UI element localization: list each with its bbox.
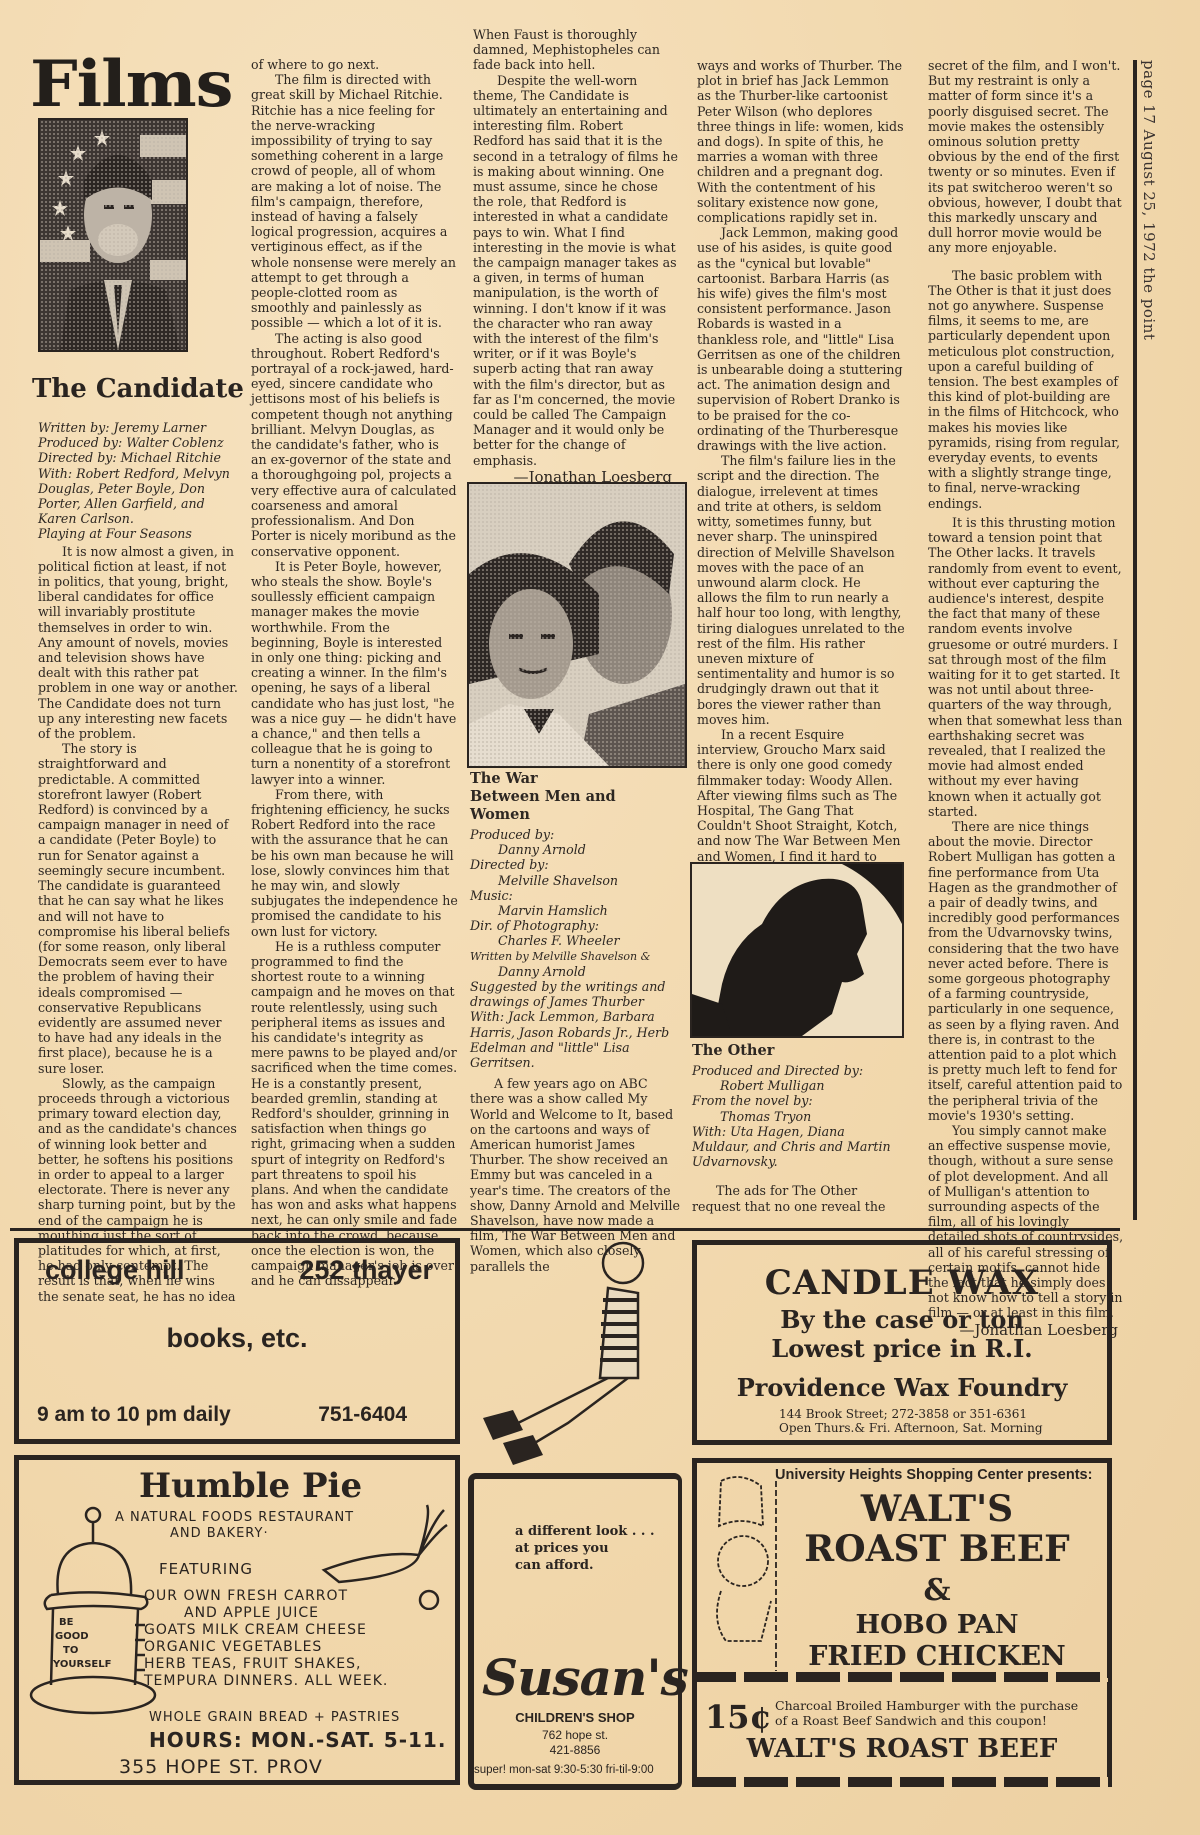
credit-line: With: Uta Hagen, Diana Muldaur, and Chri…: [692, 1124, 904, 1170]
company-name: Providence Wax Foundry: [697, 1373, 1107, 1402]
credit-line: Playing at Four Seasons: [38, 526, 238, 541]
menu-item: HERB TEAS, FRUIT SHAKES,: [144, 1656, 388, 1673]
description-line: AND BAKERY·: [115, 1526, 354, 1542]
paragraph: From there, with frightening efficiency,…: [251, 787, 458, 939]
credit-line: Written by: Jeremy Larner: [38, 420, 238, 435]
susans-logo: Susan's: [482, 1648, 688, 1707]
title-line: The War: [470, 770, 680, 788]
credit-value: Marvin Hamslich: [470, 903, 680, 918]
jar-label: GOOD: [55, 1631, 89, 1642]
walts-ad: University Heights Shopping Center prese…: [692, 1458, 1112, 1678]
paragraph: It is this thrusting motion toward a ten…: [928, 515, 1124, 819]
paragraph: The acting is also good throughout. Robe…: [251, 331, 458, 559]
paragraph: The film is directed with great skill by…: [251, 72, 458, 330]
humble-pie-ad: Humble Pie BE GOOD TO YOURSELF A NATURAL…: [14, 1455, 460, 1785]
paragraph: The story is straightforward and predict…: [38, 741, 238, 1075]
paragraph: Jack Lemmon, making good use of his asid…: [697, 225, 905, 453]
menu-item: OUR OWN FRESH CARROT: [144, 1588, 388, 1605]
store-name: college hill: [45, 1255, 185, 1286]
menu-items: OUR OWN FRESH CARROT AND APPLE JUICE GOA…: [144, 1588, 388, 1690]
restaurant-address: 355 HOPE ST. PROV: [119, 1756, 323, 1778]
menu-item: ORGANIC VEGETABLES: [144, 1639, 388, 1656]
credit-value: Melville Shavelson: [470, 873, 680, 888]
walts-name-line: WALT'S: [767, 1489, 1107, 1529]
walts-presenter: University Heights Shopping Center prese…: [775, 1467, 1092, 1483]
column-4: ways and works of Thurber. The plot in b…: [697, 58, 905, 897]
title-line: Between Men and Women: [470, 788, 680, 824]
ad-headline: CANDLE WAX: [697, 1263, 1107, 1303]
susans-tagline: a different look . . . at prices you can…: [515, 1523, 654, 1574]
tagline-line: can afford.: [515, 1557, 654, 1574]
susans-ad: a different look . . . at prices you can…: [468, 1238, 682, 1790]
coupon-dashed-border: [692, 1777, 1112, 1787]
company-contact: 144 Brook Street; 272-3858 or 351-6361: [779, 1407, 1027, 1421]
other-review-title: The Other: [692, 1042, 904, 1060]
page-folio: page 17 August 25, 1972 the point: [1140, 60, 1158, 340]
bookstore-ad: college hill 252 thayer books, etc. 9 am…: [14, 1238, 460, 1444]
paragraph: Despite the well-worn theme, The Candida…: [473, 73, 678, 468]
coupon-store-name: WALT'S ROAST BEEF: [697, 1734, 1107, 1764]
credit-label: Written by Melville Shavelson &: [470, 949, 680, 964]
menu-item: GOATS MILK CREAM CHEESE: [144, 1622, 388, 1639]
section-title: Films: [30, 50, 232, 120]
war-review-title: The War Between Men and Women: [470, 770, 680, 824]
paragraph: There are nice things about the movie. D…: [928, 819, 1124, 1123]
ad-line: By the case or ton: [697, 1305, 1107, 1334]
paragraph: When Faust is thoroughly damned, Mephist…: [473, 27, 678, 73]
paragraph: The ads for The Other request that no on…: [692, 1183, 904, 1213]
candidate-review-title: The Candidate: [32, 374, 244, 404]
susans-phone: 421-8856: [468, 1743, 682, 1757]
column-3: When Faust is thoroughly damned, Mephist…: [473, 27, 678, 486]
ad-line: Lowest price in R.I.: [697, 1334, 1107, 1363]
store-tagline: books, etc.: [19, 1323, 455, 1354]
coupon-dashed-border: [692, 1672, 1112, 1682]
column-1: Written by: Jeremy Larner Produced by: W…: [38, 420, 238, 1304]
credit-value: Danny Arnold: [470, 842, 680, 857]
credit-value: Danny Arnold: [470, 964, 680, 979]
war-credits: Produced by: Danny Arnold Directed by: M…: [470, 827, 680, 1070]
susans-address: 762 hope st.: [468, 1728, 682, 1742]
credit-line: With: Jack Lemmon, Barbara Harris, Jason…: [470, 1009, 680, 1070]
store-hours: 9 am to 10 pm daily: [37, 1403, 231, 1427]
war-between-men-and-women-photo: [467, 482, 687, 768]
paragraph: He is a ruthless computer programmed to …: [251, 939, 458, 1289]
credit-label: From the novel by:: [692, 1093, 904, 1108]
walts-name: WALT'S ROAST BEEF: [767, 1489, 1107, 1569]
column-3-war: The War Between Men and Women Produced b…: [470, 770, 680, 1274]
credit-label: Music:: [470, 888, 680, 903]
description-line: A NATURAL FOODS RESTAURANT: [115, 1510, 354, 1526]
vertical-rule: [1133, 60, 1137, 1220]
store-address: 252 thayer: [299, 1255, 433, 1286]
featuring-label: FEATURING: [159, 1560, 253, 1578]
silhouette-icon: [692, 864, 902, 1036]
credit-value: Thomas Tryon: [692, 1109, 904, 1124]
paragraph: It is Peter Boyle, however, who steals t…: [251, 559, 458, 787]
paragraph: The basic problem with The Other is that…: [928, 268, 1124, 511]
credit-label: Produced and Directed by:: [692, 1063, 904, 1078]
credit-line: Suggested by the writings and drawings o…: [470, 979, 680, 1009]
other-credits: Produced and Directed by: Robert Mulliga…: [692, 1063, 904, 1169]
menu-item: AND APPLE JUICE: [144, 1605, 388, 1622]
credit-line: Produced by: Walter Coblenz: [38, 435, 238, 450]
store-phone: 751-6404: [318, 1403, 407, 1427]
column-4-other: The Other Produced and Directed by: Robe…: [692, 1042, 904, 1214]
jar-label: TO: [63, 1645, 78, 1656]
jar-label: BE: [59, 1617, 74, 1628]
menu-item: TEMPURA DINNERS. ALL WEEK.: [144, 1673, 388, 1690]
the-other-photo: [690, 862, 904, 1038]
walts-coupon[interactable]: 15¢ Charcoal Broiled Hamburger with the …: [692, 1682, 1112, 1777]
coupon-text-line: of a Roast Beef Sandwich and this coupon…: [775, 1713, 1078, 1728]
credit-label: Produced by:: [470, 827, 680, 842]
candle-wax-ad: CANDLE WAX By the case or ton Lowest pri…: [692, 1240, 1112, 1445]
coupon-price: 15¢: [705, 1698, 772, 1736]
candidate-photo: [38, 118, 188, 352]
paragraph: of where to go next.: [251, 57, 458, 72]
credit-value: Robert Mulligan: [692, 1078, 904, 1093]
paragraph: The film's failure lies in the script an…: [697, 453, 905, 727]
column-2: of where to go next. The film is directe…: [251, 57, 458, 1288]
restaurant-description: A NATURAL FOODS RESTAURANT AND BAKERY·: [115, 1510, 354, 1542]
credit-line: With: Robert Redford, Melvyn Douglas, Pe…: [38, 466, 238, 527]
tagline-line: a different look . . .: [515, 1523, 654, 1540]
walts-line: HOBO PAN: [767, 1610, 1107, 1640]
credit-line: Directed by: Michael Ritchie: [38, 450, 238, 465]
credit-label: Dir. of Photography:: [470, 918, 680, 933]
jar-label: YOURSELF: [52, 1659, 111, 1670]
company-hours: Open Thurs.& Fri. Afternoon, Sat. Mornin…: [779, 1421, 1043, 1435]
paragraph: secret of the film, and I won't. But my …: [928, 58, 1124, 256]
walts-line: FRIED CHICKEN: [767, 1641, 1107, 1672]
walts-ampersand: &: [767, 1573, 1107, 1608]
candidate-credits: Written by: Jeremy Larner Produced by: W…: [38, 420, 238, 542]
ad-section-rule: [10, 1228, 1120, 1231]
susans-hours: super! mon-sat 9:30-5:30 fri-til-9:00: [474, 1764, 654, 1776]
susans-subtitle: CHILDREN'S SHOP: [468, 1710, 682, 1725]
column-5: secret of the film, and I won't. But my …: [928, 58, 1124, 1339]
credit-value: Charles F. Wheeler: [470, 933, 680, 948]
paragraph: It is now almost a given, in political f…: [38, 544, 238, 742]
tagline-line: at prices you: [515, 1540, 654, 1557]
credit-label: Directed by:: [470, 857, 680, 872]
paragraph: ways and works of Thurber. The plot in b…: [697, 58, 905, 225]
coupon-text: Charcoal Broiled Hamburger with the purc…: [775, 1698, 1078, 1728]
bread-line: WHOLE GRAIN BREAD + PASTRIES: [149, 1710, 400, 1725]
restaurant-hours: HOURS: MON.-SAT. 5-11.: [149, 1728, 446, 1752]
paragraph: In a recent Esquire interview, Groucho M…: [697, 727, 905, 879]
walts-name-line: ROAST BEEF: [767, 1529, 1107, 1569]
boy-illustration-icon: [478, 1238, 668, 1488]
coupon-text-line: Charcoal Broiled Hamburger with the purc…: [775, 1698, 1078, 1713]
